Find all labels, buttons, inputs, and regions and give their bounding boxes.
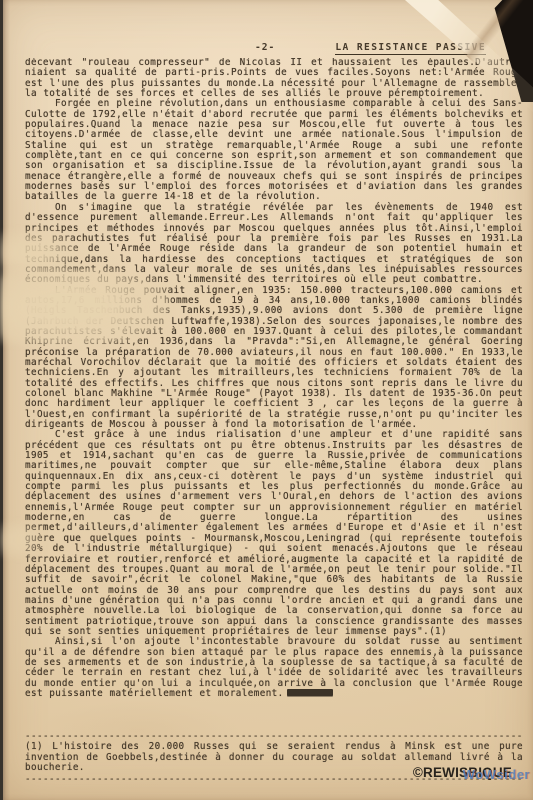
paragraph: On s'imagine que la stratégie révélée pa… bbox=[25, 203, 523, 286]
scan-edge-left bbox=[0, 0, 10, 800]
paragraph-text: C'est grâce à une indus rialisation d'un… bbox=[25, 429, 523, 637]
page-content: -2- LA RESISTANCE PASSIVE décevant "roul… bbox=[25, 42, 523, 736]
paragraph: décevant "rouleau compresseur" de Nicola… bbox=[25, 58, 523, 99]
paragraph-text: décevant "rouleau compresseur" de Nicola… bbox=[25, 58, 523, 99]
paragraph: Ainsi,si l'on ajoute l'incontestable bra… bbox=[25, 637, 523, 699]
paragraph-text: On s'imagine que la stratégie révélée pa… bbox=[25, 202, 523, 285]
page-number: -2- bbox=[255, 42, 275, 53]
dashed-separator-top: ----------------------------------------… bbox=[25, 732, 523, 741]
document-body: décevant "rouleau compresseur" de Nicola… bbox=[25, 58, 523, 736]
paragraph-text: Ainsi,si l'on ajoute l'incontestable bra… bbox=[25, 636, 523, 699]
scanned-document-page: -2- LA RESISTANCE PASSIVE décevant "roul… bbox=[0, 0, 533, 800]
paragraph-text: L'Armée Rouge pouvait aligner,en 1935: 1… bbox=[25, 285, 523, 430]
struck-out-word bbox=[287, 689, 333, 696]
paragraph: Forgée en pleine révolution,dans un enth… bbox=[25, 99, 523, 202]
paragraph-text: Forgée en pleine révolution,dans un enth… bbox=[25, 98, 523, 202]
paragraph: C'est grâce à une indus rialisation d'un… bbox=[25, 430, 523, 637]
watermark: ©REWISBIQUE WoWsider bbox=[380, 763, 530, 787]
page-header: -2- LA RESISTANCE PASSIVE bbox=[25, 42, 523, 55]
watermark-overlay-text: WoWsider bbox=[463, 767, 530, 782]
paragraph: L'Armée Rouge pouvait aligner,en 1935: 1… bbox=[25, 286, 523, 431]
